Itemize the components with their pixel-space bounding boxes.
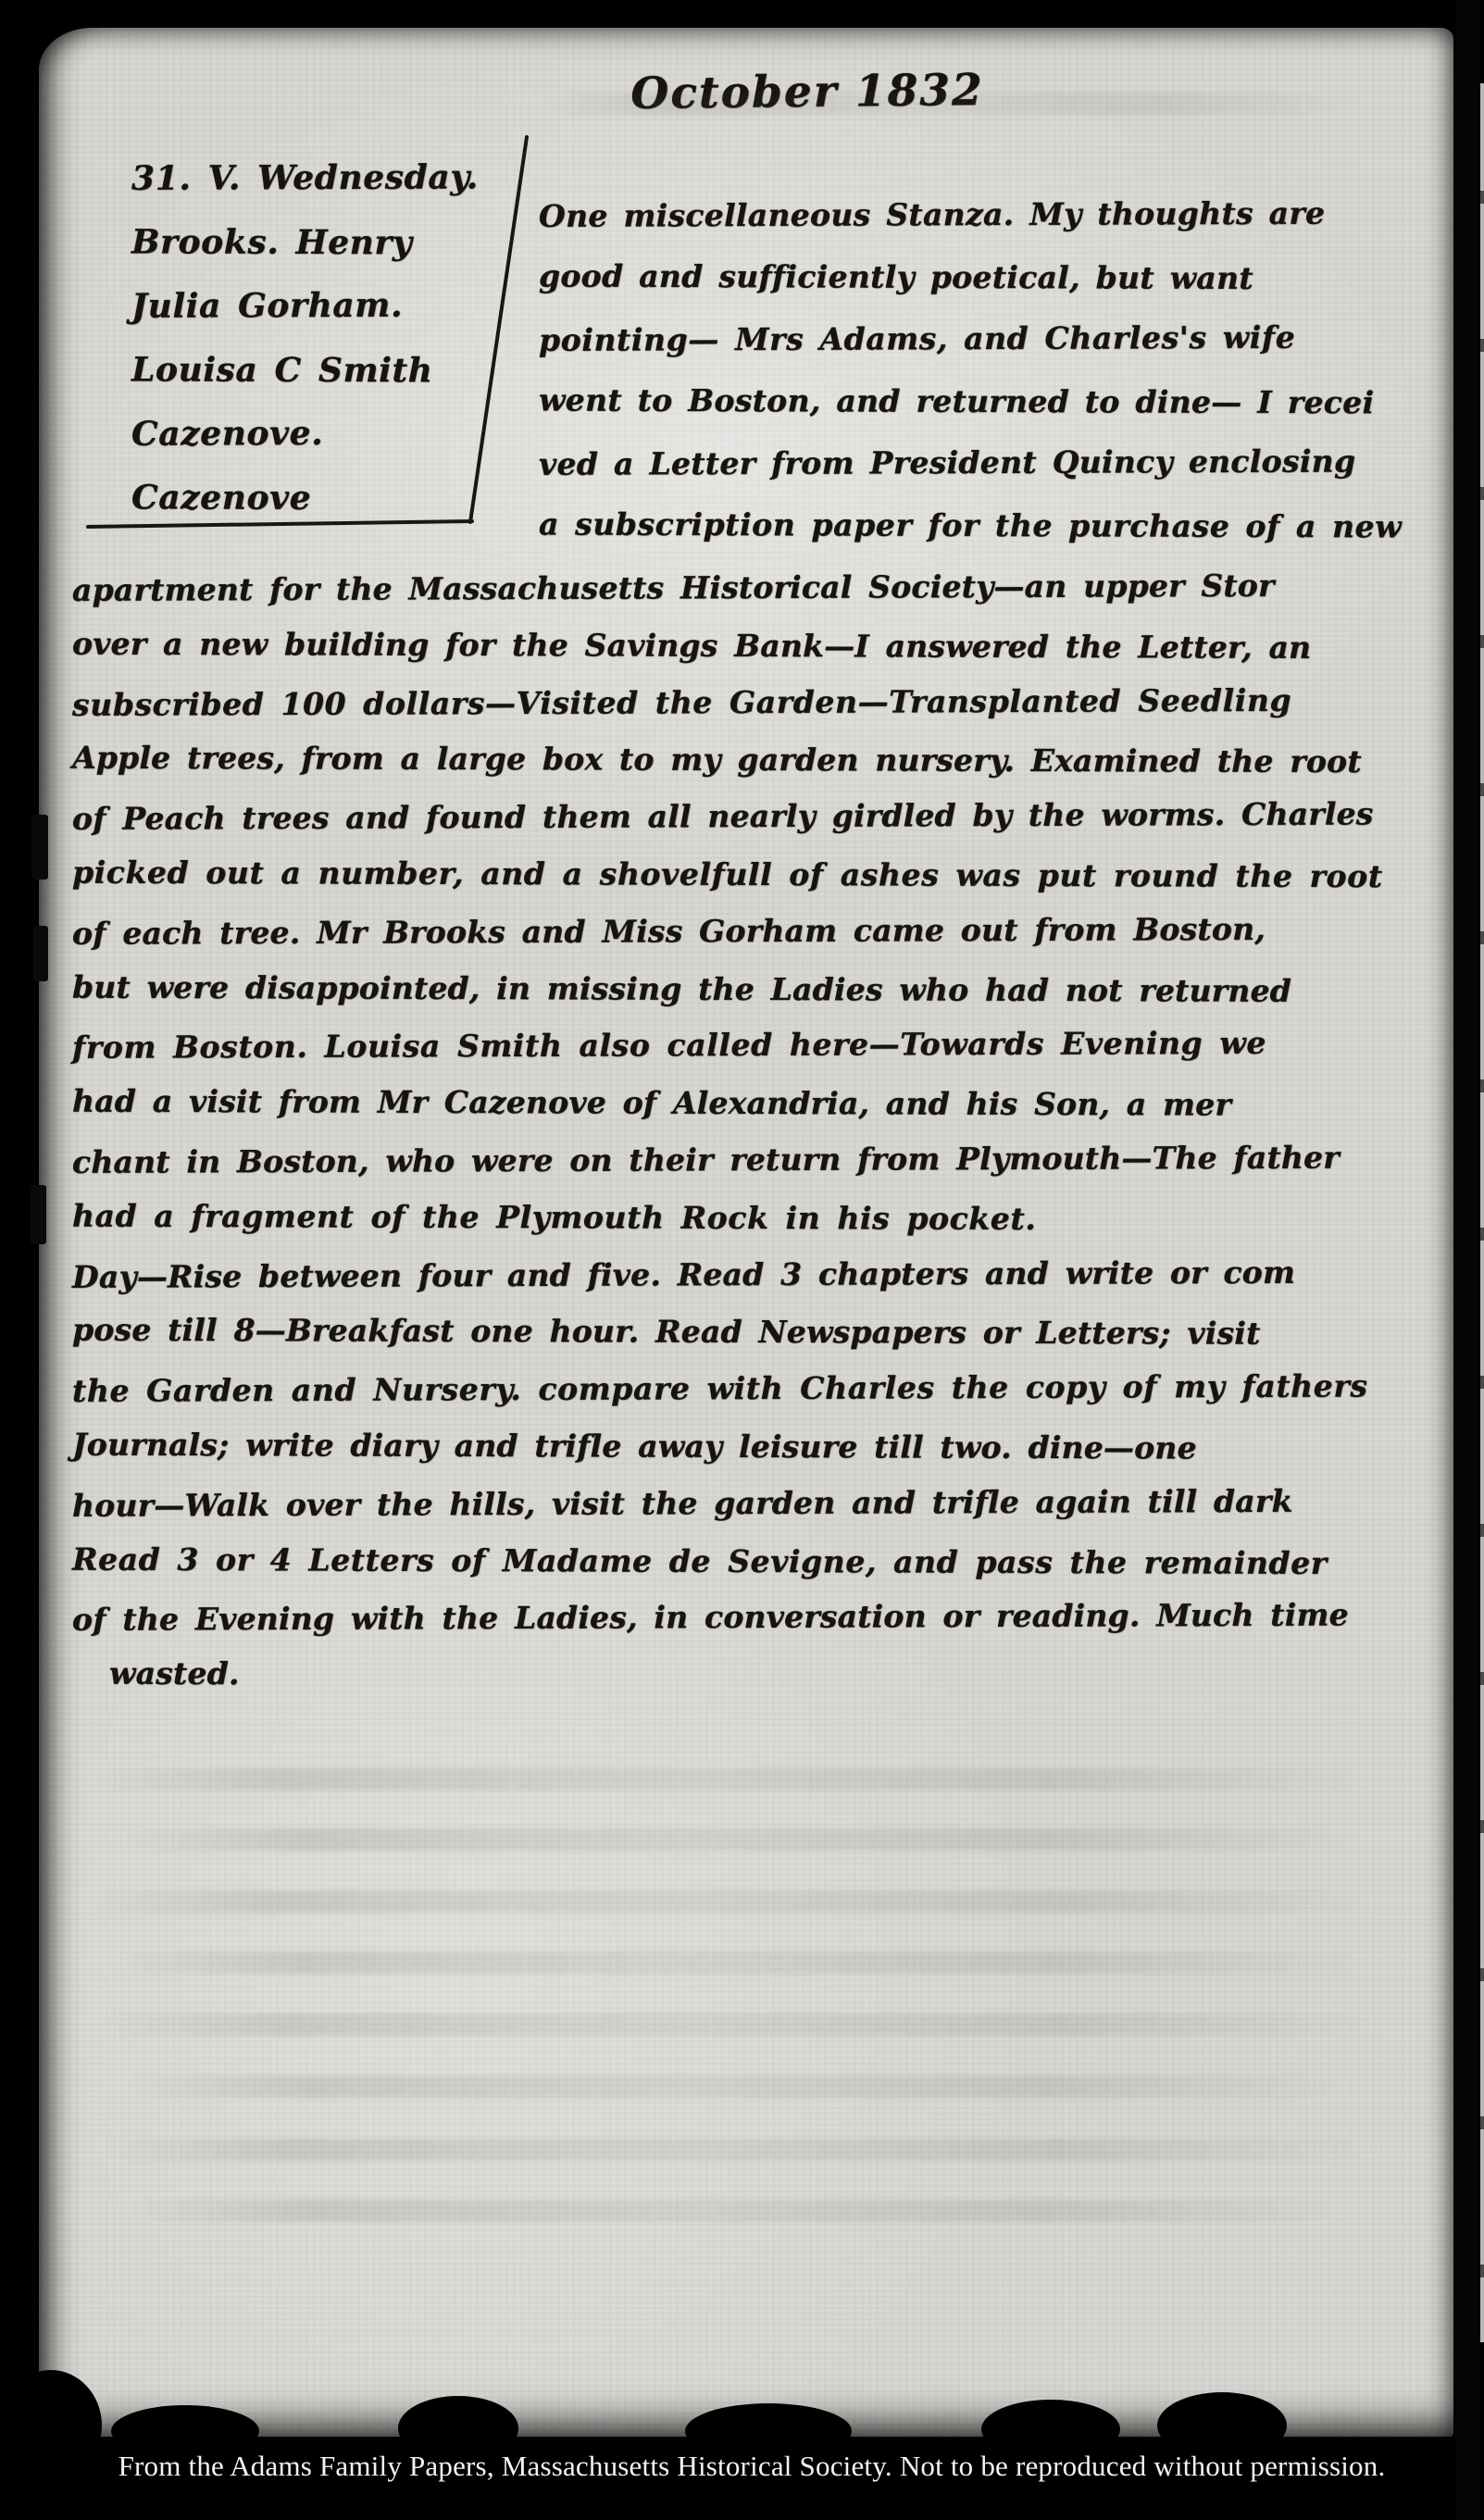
facing-page-sliver xyxy=(1480,83,1484,2342)
scanned-manuscript-page: October 1832 31. V. Wednesday.Brooks. He… xyxy=(0,0,1484,2520)
handwritten-line: wasted. xyxy=(72,1645,1450,1706)
handwritten-line: Read 3 or 4 Letters of Madame de Sevigne… xyxy=(72,1530,1450,1591)
handwritten-line: of each tree. Mr Brooks and Miss Gorham … xyxy=(72,900,1450,963)
film-edge-mark xyxy=(31,815,48,880)
handwritten-line: pose till 8—Breakfast one hour. Read New… xyxy=(72,1302,1450,1363)
bleedthrough-ghost xyxy=(104,2139,1381,2161)
bleedthrough-ghost xyxy=(131,2200,1353,2222)
handwritten-line: pointing— Mrs Adams, and Charles's wife xyxy=(539,306,1441,371)
handwritten-line: chant in Boston, who were on their retur… xyxy=(72,1129,1450,1191)
bleedthrough-ghost xyxy=(539,93,1372,115)
entry-intro: One miscellaneous Stanza. My thoughts ar… xyxy=(539,183,1441,555)
bleedthrough-ghost xyxy=(113,1952,1372,1974)
bleedthrough-ghost xyxy=(99,2014,1386,2036)
bleedthrough-ghost xyxy=(127,2076,1358,2098)
handwritten-line: subscribed 100 dollars—Visited the Garde… xyxy=(72,671,1450,734)
credit-line: From the Adams Family Papers, Massachuse… xyxy=(39,2450,1465,2483)
handwritten-line: had a fragment of the Plymouth Rock in h… xyxy=(72,1187,1450,1248)
handwritten-line: of Peach trees and found them all nearly… xyxy=(72,785,1450,848)
handwritten-line: had a visit from Mr Cazenove of Alexandr… xyxy=(72,1073,1450,1134)
handwritten-line: One miscellaneous Stanza. My thoughts ar… xyxy=(539,181,1441,247)
handwritten-line: Brooks. Henry xyxy=(131,210,520,275)
margin-names-list: 31. V. Wednesday.Brooks. HenryJulia Gorh… xyxy=(131,146,520,530)
handwritten-line: Day—Rise between four and five. Read 3 c… xyxy=(72,1243,1450,1306)
manuscript-paper: October 1832 31. V. Wednesday.Brooks. He… xyxy=(39,28,1453,2437)
page-gutter-shadow xyxy=(1455,0,1480,2520)
handwritten-line: good and sufficiently poetical, but want xyxy=(539,244,1441,309)
handwritten-line: Julia Gorham. xyxy=(131,273,520,339)
handwritten-line: from Boston. Louisa Smith also called he… xyxy=(72,1015,1450,1078)
bleedthrough-ghost xyxy=(94,1768,1372,1790)
handwritten-line: went to Boston, and returned to dine— I … xyxy=(539,368,1441,433)
handwritten-line: Louisa C Smith xyxy=(131,338,520,403)
handwritten-line: Journals; write diary and trifle away le… xyxy=(72,1416,1450,1478)
handwritten-line: ved a Letter from President Quincy enclo… xyxy=(539,430,1441,495)
handwritten-line: Cazenove. xyxy=(131,401,520,467)
film-edge-mark xyxy=(31,1185,46,1244)
handwritten-line: Apple trees, from a large box to my gard… xyxy=(72,730,1450,791)
handwritten-line: but were disappointed, in missing the La… xyxy=(72,958,1450,1019)
handwritten-line: a subscription paper for the purchase of… xyxy=(539,493,1441,557)
handwritten-line: apartment for the Massachusetts Historic… xyxy=(72,556,1450,619)
margin-annotation-box: 31. V. Wednesday.Brooks. HenryJulia Gorh… xyxy=(131,146,520,530)
handwritten-line: 31. V. Wednesday. xyxy=(131,145,520,211)
handwritten-line: over a new building for the Savings Bank… xyxy=(72,615,1450,676)
film-edge-mark xyxy=(33,926,48,981)
handwritten-line: picked out a number, and a shovelfull of… xyxy=(72,844,1450,905)
bleedthrough-ghost xyxy=(122,1828,1363,1851)
handwritten-line: hour—Walk over the hills, visit the gard… xyxy=(72,1472,1450,1535)
handwritten-line: of the Evening with the Ladies, in conve… xyxy=(72,1586,1450,1649)
handwritten-line: Cazenove xyxy=(131,466,520,530)
entry-body: apartment for the Massachusetts Historic… xyxy=(72,559,1450,1703)
handwritten-line: the Garden and Nursery. compare with Cha… xyxy=(72,1357,1450,1420)
bleedthrough-ghost xyxy=(90,1890,1386,1913)
